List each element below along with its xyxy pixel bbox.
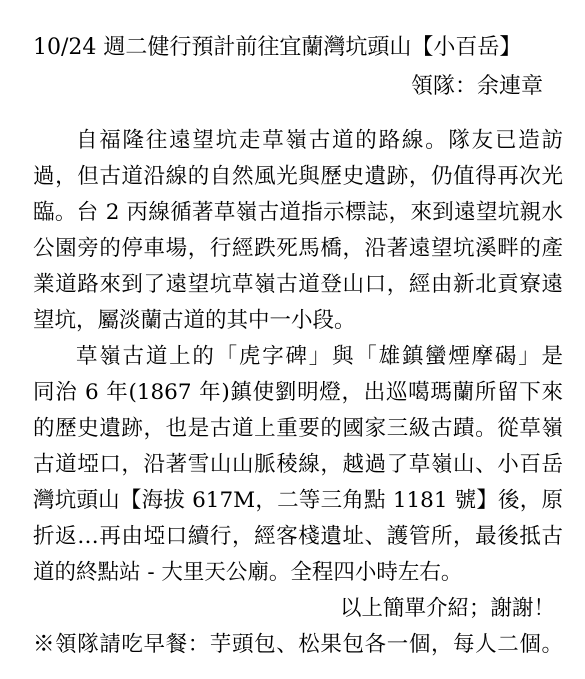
body-line: 公園旁的停車場，行經跌死馬橋，沿著遠望坑溪畔的產 xyxy=(33,231,563,267)
body-line: 古道埡口，沿著雪山山脈稜線，越過了草嶺山、小百岳 xyxy=(33,447,563,483)
body-line: 草嶺古道上的「虎字碑」與「雄鎮蠻煙摩碣」是 xyxy=(33,339,563,375)
body-line: ※領隊請吃早餐：芋頭包、松果包各一個，每人二個。 xyxy=(33,627,563,663)
body-line: 望坑，屬淡蘭古道的其中一小段。 xyxy=(33,303,563,339)
body-line: 自福隆往遠望坑走草嶺古道的路線。隊友已造訪 xyxy=(33,123,563,159)
body-line: 同治 6 年(1867 年)鎮使劉明燈，出巡噶瑪蘭所留下來 xyxy=(33,375,563,411)
document-body: 自福隆往遠望坑走草嶺古道的路線。隊友已造訪 過，但古道沿線的自然風光與歷史遺跡，… xyxy=(33,123,563,663)
body-line: 過，但古道沿線的自然風光與歷史遺跡，仍值得再次光 xyxy=(33,159,563,195)
body-line: 的歷史遺跡，也是古道上重要的國家三級古蹟。從草嶺 xyxy=(33,411,563,447)
document-title: 10/24 週二健行預計前往宜蘭灣坑頭山【小百岳】 xyxy=(33,28,563,67)
body-line: 折返…再由埡口續行，經客棧遺址、護管所，最後抵古 xyxy=(33,519,563,555)
body-line: 業道路來到了遠望坑草嶺古道登山口，經由新北貢寮遠 xyxy=(33,267,563,303)
body-line: 灣坑頭山【海拔 617M，二等三角點 1181 號】後，原路 xyxy=(33,483,563,519)
leader-line: 領隊：余連章 xyxy=(33,67,563,106)
document-page: 10/24 週二健行預計前往宜蘭灣坑頭山【小百岳】 領隊：余連章 自福隆往遠望坑… xyxy=(0,0,585,679)
body-line: 以上簡單介紹；謝謝！ xyxy=(33,591,563,627)
body-line: 道的終點站 - 大里天公廟。全程四小時左右。 xyxy=(33,555,563,591)
body-line: 臨。台 2 丙線循著草嶺古道指示標誌，來到遠望坑親水 xyxy=(33,195,563,231)
